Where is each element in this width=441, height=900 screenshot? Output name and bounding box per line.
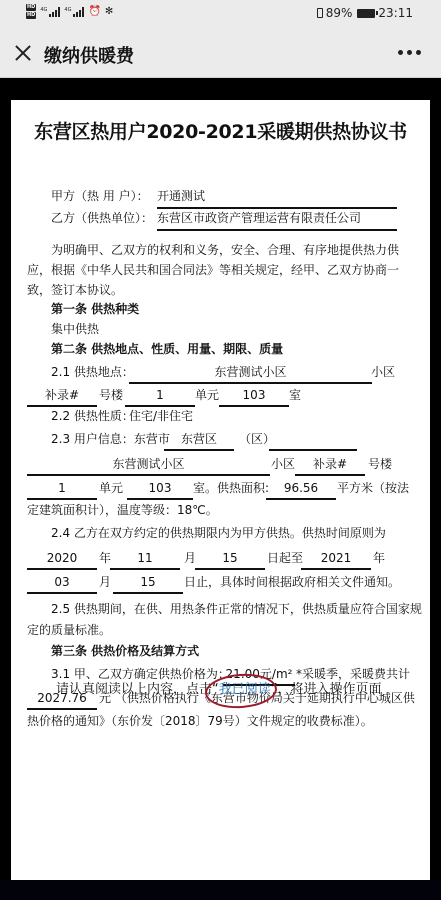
underline	[27, 568, 97, 570]
underline	[195, 568, 265, 570]
end-month-label: 月	[99, 574, 111, 590]
section-2-3-room-suffix: 室。供热面积:	[193, 480, 269, 496]
section-2-1-unit: 1	[125, 387, 195, 403]
section-2-3-room: 103	[127, 480, 193, 496]
section-2-3-label: 2.3 用户信息：东营市	[51, 431, 170, 447]
battery-icon	[357, 9, 375, 18]
underline	[127, 498, 193, 500]
section-2-3-area-suffix: 平方米（按法	[337, 480, 409, 496]
agreement-document: 东营区热用户2020-2021采暖期供热协议书 甲方（热 用 户）： 开通测试 …	[11, 100, 430, 880]
section-3-1-line-3: 热价格的通知》（东价发〔2018〕79号）文件规定的收费标准）。	[27, 713, 373, 729]
section-2-3-building-suffix: 号楼	[368, 456, 392, 472]
vibrate-icon	[317, 8, 323, 18]
section-2-1-unit-suffix: 单元	[195, 387, 219, 403]
underline	[219, 405, 289, 407]
section-2-1-community: 东营测试小区	[129, 364, 372, 380]
section-2-4-end-day: 15	[113, 574, 183, 590]
read-notice-suffix: ”，将进入操作页面	[271, 682, 382, 697]
underline	[110, 568, 180, 570]
party-b-value: 东营区市政资产管理运营有限责任公司	[157, 210, 361, 226]
section-2-4-tail: 日止，具体时间根据政府相关文件通知。	[184, 574, 400, 590]
bottom-bar	[0, 880, 441, 900]
underline	[266, 498, 336, 500]
underline	[269, 449, 357, 451]
status-right: 89% 23:11	[317, 6, 413, 20]
read-notice-prefix: 请认真阅读以上内容，点击“	[56, 682, 219, 697]
read-notice: 请认真阅读以上内容，点击“我已阅读”，将进入操作页面	[56, 681, 382, 699]
section-2-4-line-1: 2.4 乙方在双方约定的供热期限内为甲方供热。供热时间原则为	[51, 525, 386, 541]
alarm-icon: ⏰	[88, 7, 100, 17]
underline	[27, 708, 97, 710]
intro-line-2: 应，根据《中华人民共和国合同法》等相关规定，经甲、乙双方协商一	[27, 262, 399, 278]
title-bar: 缴纳供暖费	[0, 30, 441, 78]
underline	[129, 382, 372, 384]
section-2-4-start-month: 11	[110, 550, 180, 566]
document-title: 东营区热用户2020-2021采暖期供热协议书	[11, 117, 430, 144]
section-2-1-room-suffix: 室	[289, 387, 301, 403]
section-2-1-label: 2.1 供热地点：	[51, 364, 134, 380]
hd-icons: HD HD	[26, 4, 36, 19]
section-2-4-start-year: 2020	[27, 550, 97, 566]
section-2-1-community-suffix: 小区	[371, 364, 395, 380]
section-2-5-line-2: 定的质量标准。	[27, 622, 111, 638]
status-bar: HD HD 4G 4G ⏰ ✻ 89% 23:11	[0, 0, 441, 30]
underline	[295, 474, 365, 476]
section-3-1-price: 21.00元/m²	[223, 666, 295, 682]
status-left-icons: HD HD 4G 4G ⏰ ✻	[26, 4, 113, 19]
party-b-label: 乙方（供热单位）：	[51, 210, 153, 226]
party-b-underline	[157, 229, 397, 231]
section-2-3-community: 东营测试小区	[27, 456, 270, 472]
signal-4g-icon: 4G	[64, 7, 84, 17]
end-year-label: 年	[373, 550, 385, 566]
underline	[27, 474, 270, 476]
section-2-3-community-suffix: 小区	[271, 456, 295, 472]
section-2-1-supplement: 补录#	[27, 387, 97, 403]
section-2-4-start-day: 15	[195, 550, 265, 566]
section-2-3-temperature: 定建筑面积计），温度等级：18℃。	[27, 502, 218, 518]
section-2-4-end-year: 2021	[301, 550, 371, 566]
intro-line-1: 为明确甲、乙双方的权利和义务，安全、合理、有序地提供热力供	[51, 242, 399, 258]
intro-line-3: 致，签订本协议。	[27, 282, 123, 298]
section-2-4-end-month: 03	[27, 574, 97, 590]
underline	[27, 592, 97, 594]
underline	[27, 405, 97, 407]
close-icon[interactable]	[12, 42, 34, 64]
section-2-5-line-1: 2.5 供热期间，在供、用热条件正常的情况下，供热质量应符合国家规	[51, 601, 422, 617]
battery-percent: 89%	[326, 6, 353, 20]
underline	[113, 592, 183, 594]
clock: 23:11	[378, 6, 413, 20]
underline	[125, 405, 195, 407]
section-2-2-label: 2.2 供热性质：	[51, 408, 134, 424]
hd-icon: HD	[26, 12, 36, 19]
section-2-2-value: 住宅/非住宅	[129, 408, 193, 424]
section-2-3-supplement: 补录#	[295, 456, 365, 472]
article-2-heading: 第二条 供热地点、性质、用量、期限、质量	[51, 341, 283, 357]
party-a-value: 开通测试	[157, 188, 205, 204]
section-2-1-building-suffix: 号楼	[99, 387, 123, 403]
article-3-heading: 第三条 供热价格及结算方式	[51, 643, 199, 659]
article-1-heading: 第一条 供热种类	[51, 301, 139, 317]
section-2-3-district: 东营区	[164, 431, 234, 447]
underline	[164, 449, 234, 451]
i-have-read-link[interactable]: 我已阅读	[219, 682, 271, 697]
section-2-3-area: 96.56	[266, 480, 336, 496]
section-2-1-room: 103	[219, 387, 289, 403]
section-2-3-unit-suffix: 单元	[99, 480, 123, 496]
party-a-underline	[157, 207, 397, 209]
party-a-label: 甲方（热 用 户）：	[51, 188, 149, 204]
section-2-3-district-suffix: （区）	[239, 431, 275, 447]
signal-4g-icon: 4G	[40, 7, 60, 17]
underline	[301, 568, 371, 570]
page-title: 缴纳供暖费	[44, 42, 134, 68]
more-dots-icon[interactable]	[398, 50, 421, 55]
section-2-3-unit: 1	[27, 480, 97, 496]
bluetooth-icon: ✻	[105, 7, 113, 17]
hd-icon: HD	[26, 4, 36, 11]
section-3-1-tail: *采暖季，采暖费共计	[296, 666, 410, 682]
section-3-1-label: 3.1 甲、乙双方确定供热价格为：	[51, 666, 230, 682]
from-label: 日起至	[267, 550, 303, 566]
underline	[27, 498, 97, 500]
article-1-body: 集中供热	[51, 321, 99, 337]
